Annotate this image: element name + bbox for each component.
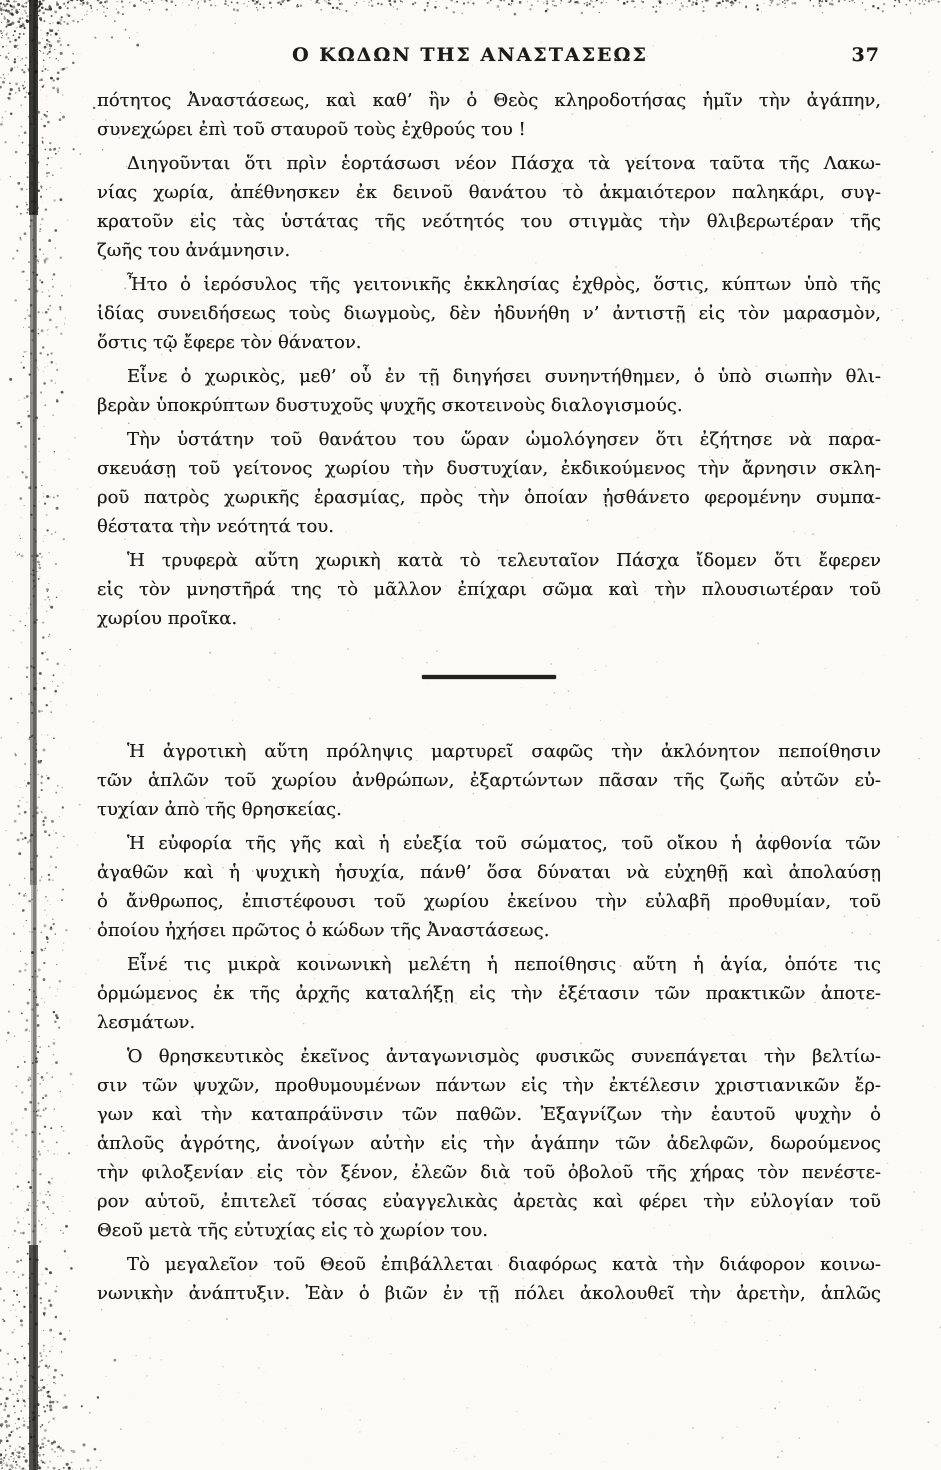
paragraph: Ἦτο ὁ ἱερόσυλος τῆς γειτονικῆς ἐκκλησίας… <box>97 270 881 357</box>
text-line: τῶν ἁπλῶν τοῦ χωρίου ἀνθρώπων, ἐξαρτώντω… <box>97 766 881 795</box>
paragraph: Ἡ εὐφορία τῆς γῆς καὶ ἡ εὐεξία τοῦ σώματ… <box>97 829 881 945</box>
text-line: ὁποίου ἠχήσει πρῶτος ὁ κώδων τῆς Ἀναστάσ… <box>97 916 881 945</box>
text-line: Τὸ μεγαλεῖον τοῦ Θεοῦ ἐπιβάλλεται διαφόρ… <box>97 1250 881 1279</box>
paragraph: Εἶνέ τις μικρὰ κοινωνικὴ μελέτη ἡ πεποίθ… <box>97 950 881 1037</box>
text-line: ὁ ἄνθρωπος, ἐπιστέφουσι τοῦ χωρίου ἐκείν… <box>97 887 881 916</box>
paragraph: πότητος Ἀναστάσεως, καὶ καθ’ ἣν ὁ Θεὸς κ… <box>97 86 881 144</box>
text-line: εἰς τὸν μνηστῆρά της τὸ μᾶλλον ἐπίχαρι σ… <box>97 575 881 604</box>
text-line: νίας χωρία, ἀπέθνησκεν ἐκ δεινοῦ θανάτου… <box>97 178 881 207</box>
text-line: τὴν φιλοξενίαν εἰς τὸν ξένον, ἐλεῶν διὰ … <box>97 1158 881 1187</box>
text-line: συνεχώρει ἐπὶ τοῦ σταυροῦ τοὺς ἐχθρούς τ… <box>97 115 881 144</box>
text-line: Εἶνε ὁ χωρικὸς, μεθ’ οὗ ἐν τῇ διηγήσει σ… <box>97 362 881 391</box>
text-line: κρατοῦν εἰς τὰς ὑστάτας τῆς νεότητός του… <box>97 207 881 236</box>
paragraph: Εἶνε ὁ χωρικὸς, μεθ’ οὗ ἐν τῇ διηγήσει σ… <box>97 362 881 420</box>
text-line: ἀγαθῶν καὶ ἡ ψυχικὴ ἡσυχία, πάνθ’ ὅσα δύ… <box>97 858 881 887</box>
text-line: Ἦτο ὁ ἱερόσυλος τῆς γειτονικῆς ἐκκλησίας… <box>97 270 881 299</box>
page-number: 37 <box>852 44 880 66</box>
text-line: ἰδίας συνειδήσεως τοὺς διωγμοὺς, δὲν ἠδυ… <box>97 299 881 328</box>
page-body: πότητος Ἀναστάσεως, καὶ καθ’ ἣν ὁ Θεὸς κ… <box>97 86 881 1313</box>
text-line: Ἡ εὐφορία τῆς γῆς καὶ ἡ εὐεξία τοῦ σώματ… <box>97 829 881 858</box>
text-line: θέστατα τὴν νεότητά του. <box>97 512 881 541</box>
text-line: ὅστις τῷ ἔφερε τὸν θάνατον. <box>97 328 881 357</box>
book-page-scan: Ο ΚΩΔΩΝ ΤΗΣ ΑΝΑΣΤΑΣΕΩΣ 37 πότητος Ἀναστά… <box>0 0 941 1470</box>
text-line: Διηγοῦνται ὅτι πρὶν ἑορτάσωσι νέον Πάσχα… <box>97 149 881 178</box>
section-divider-rule <box>422 675 556 679</box>
text-line: Θεοῦ μετὰ τῆς εὐτυχίας εἰς τὸ χωρίον του… <box>97 1216 881 1245</box>
running-title: Ο ΚΩΔΩΝ ΤΗΣ ΑΝΑΣΤΑΣΕΩΣ <box>60 44 880 66</box>
text-line: ἁπλοῦς ἀγρότης, ἀνοίγων αὐτὴν εἰς τὴν ἀγ… <box>97 1129 881 1158</box>
text-line: Εἶνέ τις μικρὰ κοινωνικὴ μελέτη ἡ πεποίθ… <box>97 950 881 979</box>
paragraph: Ἡ ἀγροτικὴ αὕτη πρόληψις μαρτυρεῖ σαφῶς … <box>97 737 881 824</box>
text-line: Ὁ θρησκευτικὸς ἐκεῖνος ἀνταγωνισμὸς φυσι… <box>97 1042 881 1071</box>
text-line: λεσμάτων. <box>97 1008 881 1037</box>
text-line: ρον αὑτοῦ, ἐπιτελεῖ τόσας εὐαγγελικὰς ἀρ… <box>97 1187 881 1216</box>
text-line: Ἡ ἀγροτικὴ αὕτη πρόληψις μαρτυρεῖ σαφῶς … <box>97 737 881 766</box>
text-line: Τὴν ὑστάτην τοῦ θανάτου του ὥραν ὡμολόγη… <box>97 425 881 454</box>
text-line: σκευάσῃ τοῦ γείτονος χωρίου τὴν δυστυχία… <box>97 454 881 483</box>
paragraph: Διηγοῦνται ὅτι πρὶν ἑορτάσωσι νέον Πάσχα… <box>97 149 881 265</box>
text-line: γων καὶ τὴν καταπράϋνσιν τῶν παθῶν. Ἐξαγ… <box>97 1100 881 1129</box>
paragraph: Ἡ τρυφερὰ αὕτη χωρικὴ κατὰ τὸ τελευταῖον… <box>97 546 881 633</box>
text-line: βερὰν ὑποκρύπτων δυστυχοῦς ψυχῆς σκοτειν… <box>97 391 881 420</box>
text-line: ὁρμώμενος ἐκ τῆς ἀρχῆς καταλήξῃ εἰς τὴν … <box>97 979 881 1008</box>
text-line: χωρίου προῖκα. <box>97 604 881 633</box>
text-line: σιν τῶν ψυχῶν, προθυμουμένων πάντων εἰς … <box>97 1071 881 1100</box>
paragraph: Τὴν ὑστάτην τοῦ θανάτου του ὥραν ὡμολόγη… <box>97 425 881 541</box>
paragraph: Τὸ μεγαλεῖον τοῦ Θεοῦ ἐπιβάλλεται διαφόρ… <box>97 1250 881 1308</box>
page-header: Ο ΚΩΔΩΝ ΤΗΣ ΑΝΑΣΤΑΣΕΩΣ 37 <box>60 44 880 74</box>
text-line: Ἡ τρυφερὰ αὕτη χωρικὴ κατὰ τὸ τελευταῖον… <box>97 546 881 575</box>
text-line: πότητος Ἀναστάσεως, καὶ καθ’ ἣν ὁ Θεὸς κ… <box>97 86 881 115</box>
text-line: ζωῆς του ἀνάμνησιν. <box>97 236 881 265</box>
text-line: ροῦ πατρὸς χωρικῆς ἐρασμίας, πρὸς τὴν ὁπ… <box>97 483 881 512</box>
text-line: τυχίαν ἀπὸ τῆς θρησκείας. <box>97 795 881 824</box>
text-line: νωνικὴν ἀνάπτυξιν. Ἐὰν ὁ βιῶν ἐν τῇ πόλε… <box>97 1279 881 1308</box>
paragraph: Ὁ θρησκευτικὸς ἐκεῖνος ἀνταγωνισμὸς φυσι… <box>97 1042 881 1245</box>
